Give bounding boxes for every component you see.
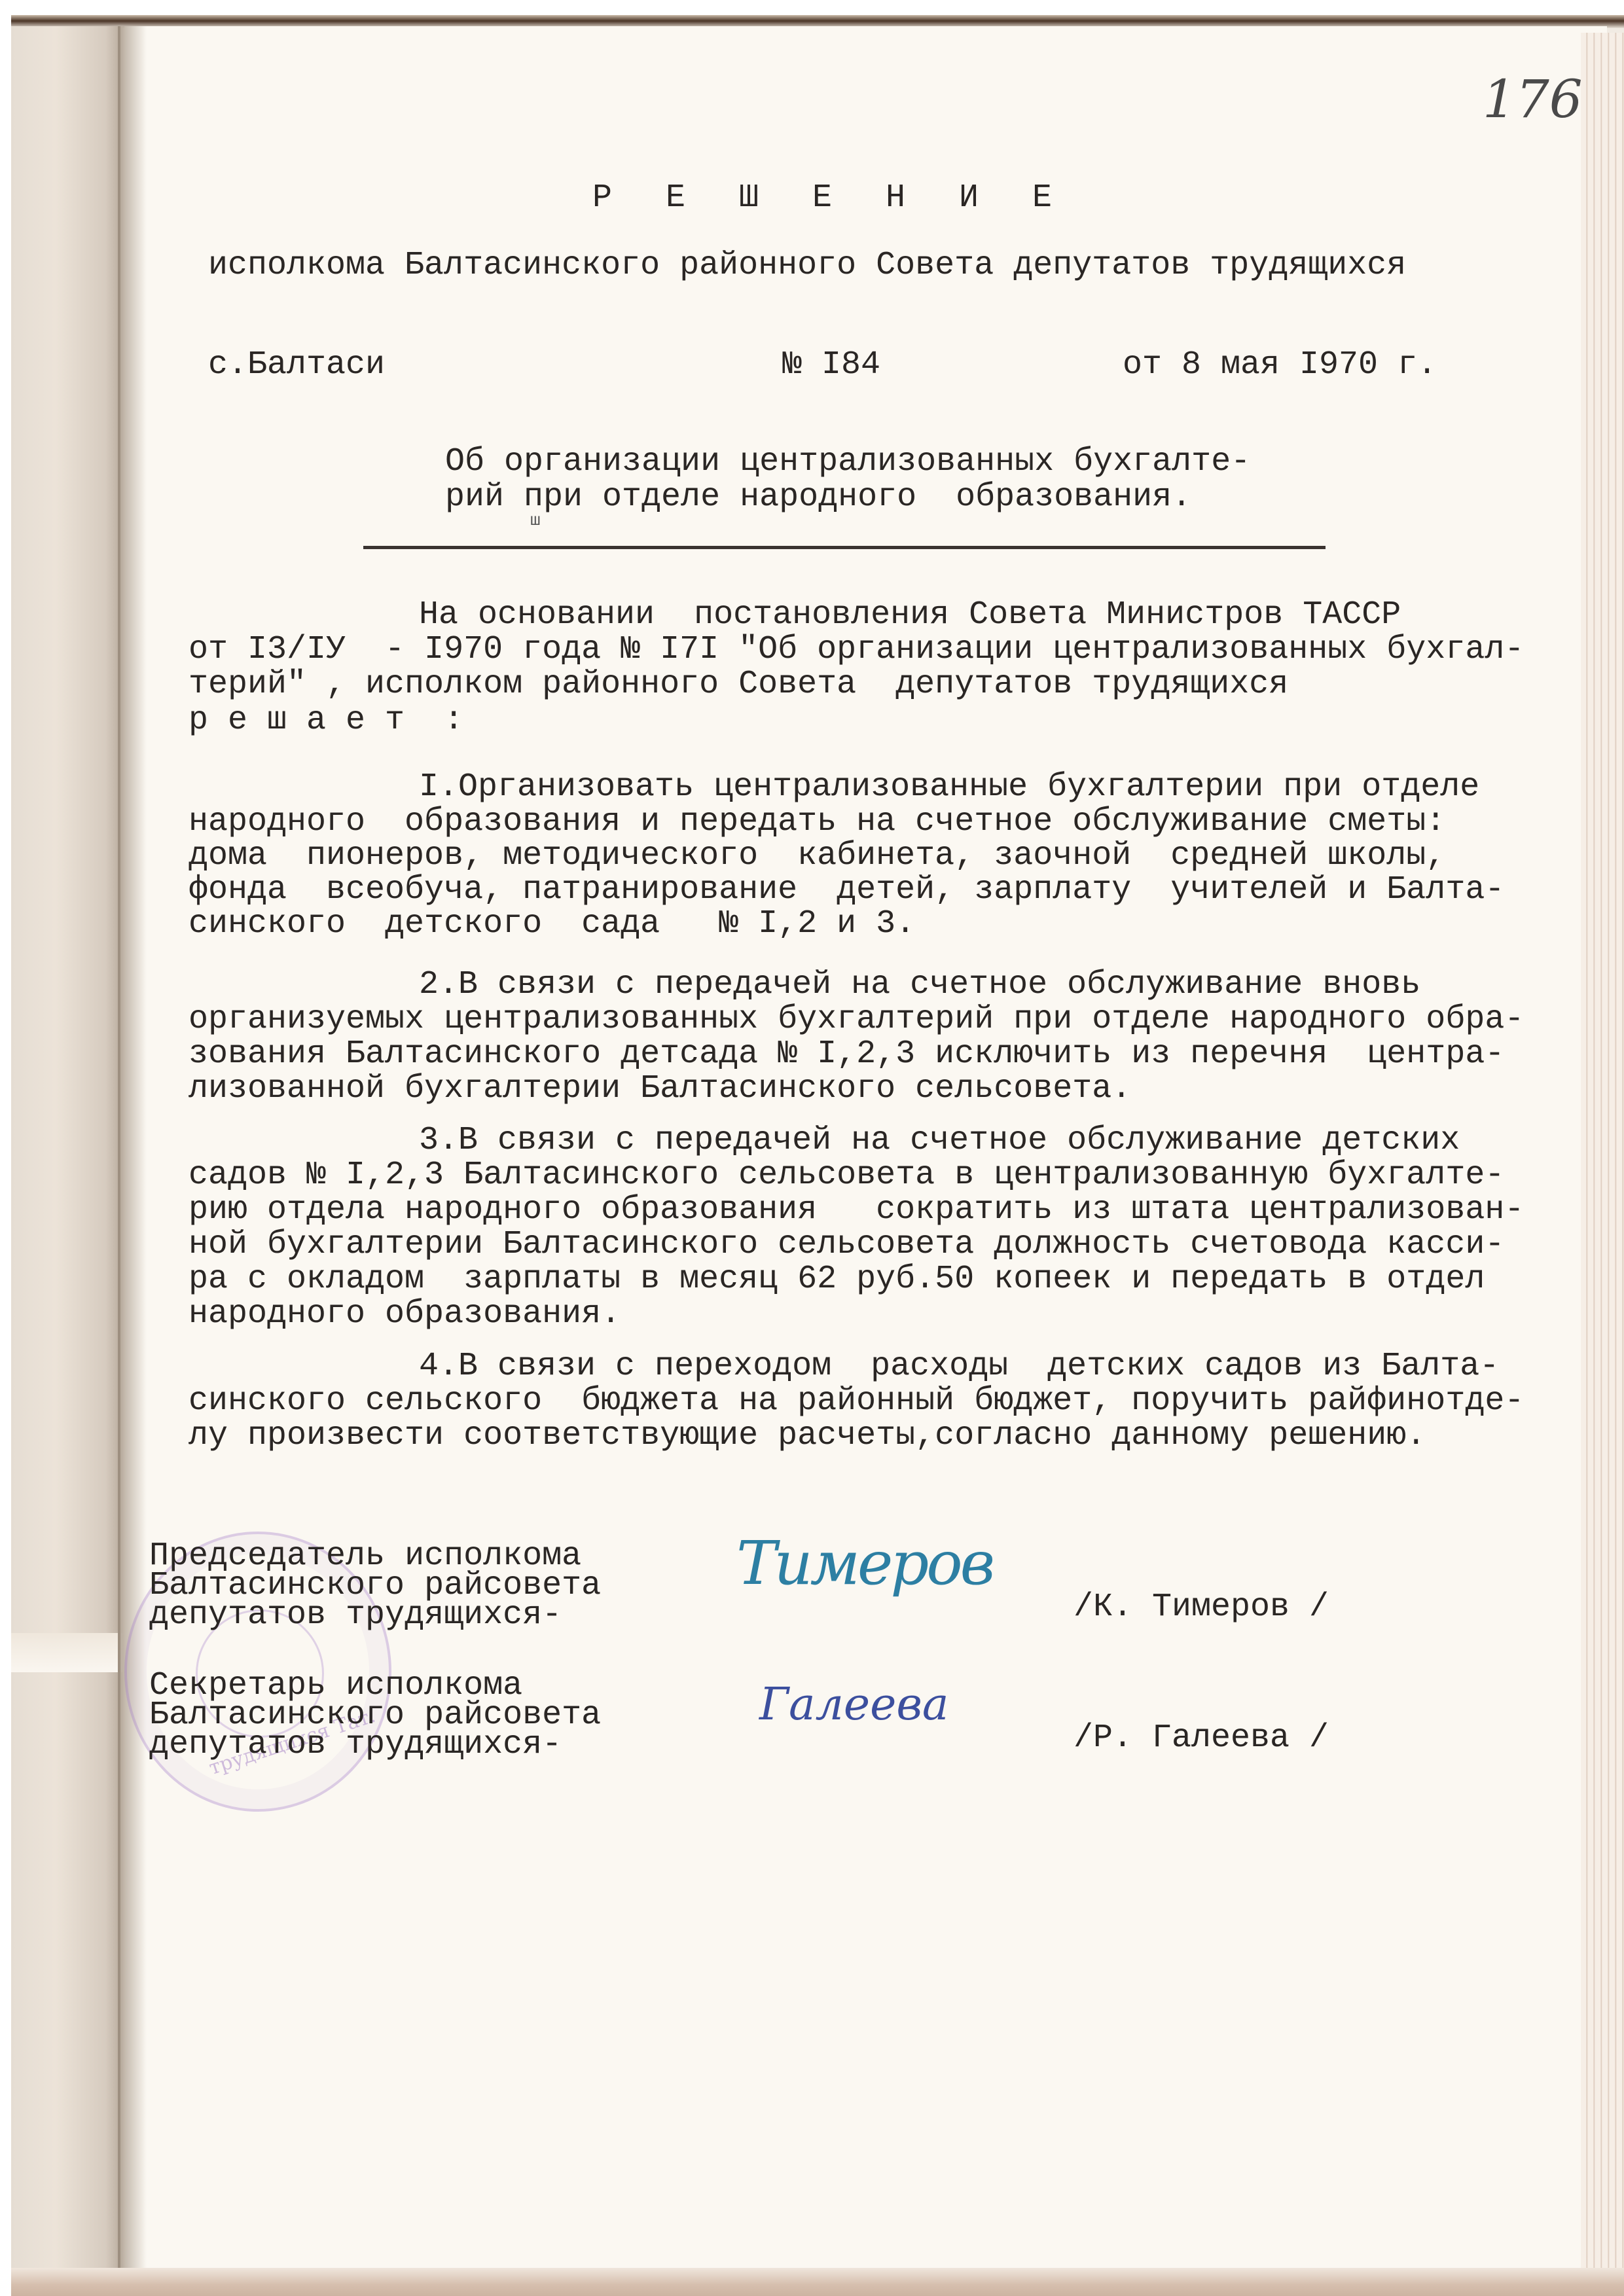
item-line: ной бухгалтерии Балтасинского сельсовета… <box>189 1227 1504 1263</box>
item-line: ра с окладом зарплаты в месяц 62 руб.50 … <box>189 1261 1485 1297</box>
item-line: рию отдела народного образования сократи… <box>189 1192 1524 1228</box>
preamble-line: р е ш а е т : <box>189 702 463 738</box>
document-date: от 8 мая I970 г. <box>1123 347 1437 384</box>
document-place: с.Балтаси <box>208 347 385 384</box>
subject-line-1: Об организации централизованных бухгалте… <box>445 444 1250 480</box>
secretary-title-line: депутатов трудящихся- <box>149 1727 562 1763</box>
handwritten-page-number: 176 <box>1483 69 1583 130</box>
chairman-name: /К. Тимеров / <box>1074 1589 1329 1625</box>
item-line: садов № I,2,3 Балтасинского сельсовета в… <box>189 1157 1504 1193</box>
subject-line-2: рий при отделе народного образования. <box>445 479 1191 516</box>
item-line: 3.В связи с передачей на счетное обслужи… <box>419 1122 1460 1158</box>
item-line: дома пионеров, методического кабинета, з… <box>189 838 1445 874</box>
gutter-shadow <box>120 26 147 2278</box>
item-line: 4.В связи с переходом расходы детских са… <box>419 1348 1499 1384</box>
document-number: № I84 <box>782 347 880 384</box>
document-subtitle: исполкома Балтасинского районного Совета… <box>208 247 1406 284</box>
item-line: фонда всеобуча, патранирование детей, за… <box>189 872 1504 908</box>
preamble-line: терий" , исполком районного Совета депут… <box>189 666 1288 702</box>
secretary-name: /Р. Галеева / <box>1074 1720 1329 1756</box>
item-line: лизованной бухгалтерии Балтасинского сел… <box>189 1071 1131 1107</box>
subject-underline <box>363 546 1326 549</box>
document-title: Р Е Ш Е Н И Е <box>592 180 1069 217</box>
chairman-title-line: депутатов трудящихся- <box>149 1597 562 1633</box>
item-line: синского сельского бюджета на районный б… <box>189 1383 1524 1419</box>
item-line: I.Организовать централизованные бухгалте… <box>419 769 1479 805</box>
secretary-handwritten-signature: Галеева <box>759 1679 948 1731</box>
item-line: 2.В связи с передачей на счетное обслужи… <box>419 967 1420 1003</box>
preamble-line: На основании постановления Совета Минист… <box>419 597 1401 633</box>
item-line: синского детского сада № I,2 и 3. <box>189 906 915 942</box>
item-line: лу произвести соответствующие расчеты,со… <box>189 1418 1426 1454</box>
left-page-band <box>11 1633 122 1672</box>
item-line: народного образования и передать на счет… <box>189 804 1445 840</box>
item-line: зования Балтасинского детсада № I,2,3 ис… <box>189 1036 1504 1072</box>
left-page-edge <box>11 26 122 2278</box>
item-line: народного образования. <box>189 1296 621 1332</box>
preamble-line: от I3/IУ - I970 года № I7I "Об организац… <box>189 632 1524 668</box>
page-stack-edge <box>1581 33 1624 2278</box>
book-bottom-edge <box>11 2268 1624 2296</box>
typewriter-mark: ш <box>530 511 541 530</box>
chairman-handwritten-signature: Тимеров <box>736 1528 992 1598</box>
item-line: организуемых централизованных бухгалтери… <box>189 1001 1524 1037</box>
